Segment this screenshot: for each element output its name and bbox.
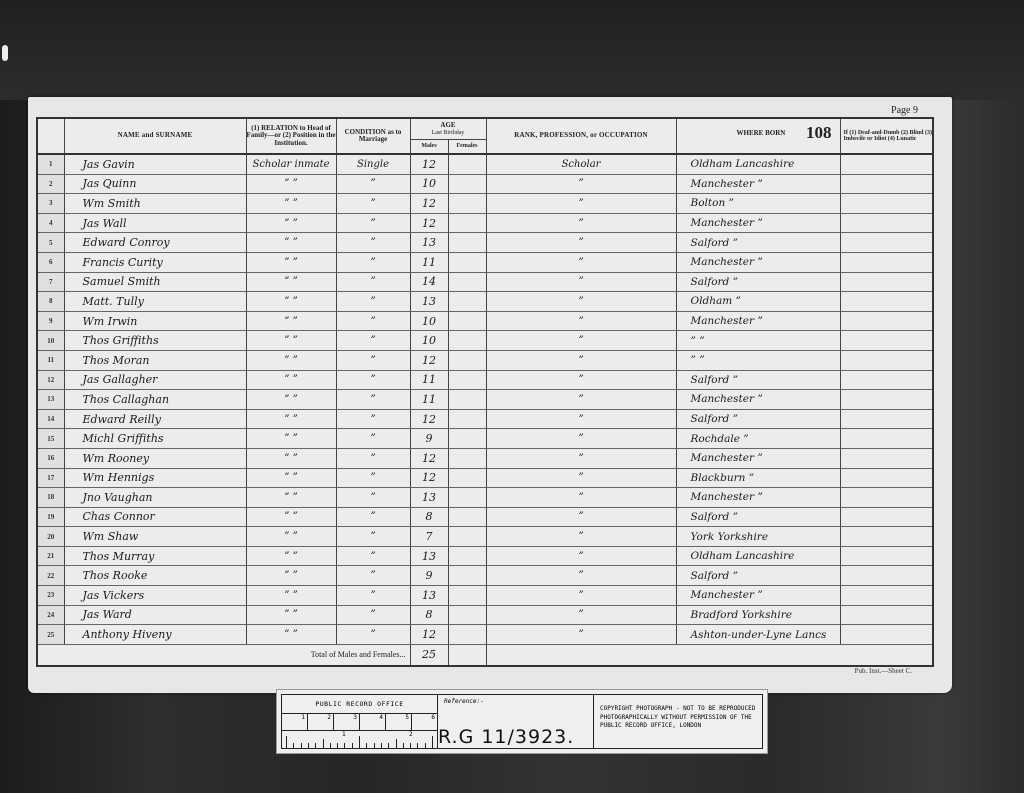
row-number: 13 <box>38 390 64 410</box>
age-male: 12 <box>410 448 448 468</box>
sheet-footer: Pub. Inst.—Sheet C. <box>855 667 912 675</box>
marital-condition: ” <box>336 409 410 429</box>
census-row: 9Wm Irwin” ””10”Manchester ” <box>38 311 932 331</box>
age-male: 11 <box>410 390 448 410</box>
occupation: ” <box>486 546 676 566</box>
age-female <box>448 586 486 606</box>
row-number: 1 <box>38 154 64 174</box>
age-female <box>448 350 486 370</box>
infirmity <box>840 233 932 253</box>
ruler-tick <box>308 743 309 748</box>
census-row: 8Matt. Tully” ””13”Oldham ” <box>38 292 932 312</box>
person-name: Jas Gallagher <box>64 370 246 390</box>
infirmity <box>840 213 932 233</box>
marital-condition: ” <box>336 605 410 625</box>
col-condition-header: CONDITION as to Marriage <box>336 119 410 154</box>
ruler-tick <box>417 743 418 748</box>
scan-background <box>0 0 1024 100</box>
relation: ” ” <box>246 390 336 410</box>
infirmity <box>840 252 932 272</box>
occupation: ” <box>486 605 676 625</box>
age-female <box>448 566 486 586</box>
census-row: 17Wm Hennigs” ””12”Blackburn ” <box>38 468 932 488</box>
marital-condition: ” <box>336 331 410 351</box>
scale-number: 4 <box>360 714 386 730</box>
row-number: 22 <box>38 566 64 586</box>
census-row: 6Francis Curity” ””11”Manchester ” <box>38 252 932 272</box>
age-female <box>448 605 486 625</box>
infirmity <box>840 311 932 331</box>
occupation: ” <box>486 174 676 194</box>
total-females <box>448 644 486 665</box>
row-number: 16 <box>38 448 64 468</box>
age-male: 10 <box>410 331 448 351</box>
row-number: 19 <box>38 507 64 527</box>
row-number: 8 <box>38 292 64 312</box>
marital-condition: ” <box>336 527 410 547</box>
age-female <box>448 311 486 331</box>
ruler-label: 1 <box>342 731 346 738</box>
age-male: 12 <box>410 213 448 233</box>
occupation: ” <box>486 311 676 331</box>
census-row: 11Thos Moran” ””12”” ” <box>38 350 932 370</box>
census-row: 14Edward Reilly” ””12”Salford ” <box>38 409 932 429</box>
row-number: 15 <box>38 429 64 449</box>
row-number: 12 <box>38 370 64 390</box>
relation: ” ” <box>246 546 336 566</box>
relation: ” ” <box>246 488 336 508</box>
age-female <box>448 488 486 508</box>
age-male: 12 <box>410 625 448 645</box>
totals-blank <box>486 644 932 665</box>
age-male: 10 <box>410 174 448 194</box>
age-female <box>448 625 486 645</box>
infirmity <box>840 370 932 390</box>
relation: ” ” <box>246 252 336 272</box>
marital-condition: ” <box>336 350 410 370</box>
row-number: 17 <box>38 468 64 488</box>
ruler-tick <box>344 743 345 748</box>
census-row: 20Wm Shaw” ””7”York Yorkshire <box>38 527 932 547</box>
birthplace: Salford ” <box>676 370 840 390</box>
ruler-tick <box>323 739 324 748</box>
birthplace: ” ” <box>676 350 840 370</box>
age-female <box>448 174 486 194</box>
ruler-label: 2 <box>409 731 413 738</box>
col-where-born-header: WHERE BORN 108 <box>676 119 840 154</box>
person-name: Anthony Hiveny <box>64 625 246 645</box>
col-age-header: AGELast Birthday MalesFemales <box>410 119 486 154</box>
age-male: 12 <box>410 409 448 429</box>
infirmity <box>840 174 932 194</box>
person-name: Chas Connor <box>64 507 246 527</box>
birthplace: Salford ” <box>676 233 840 253</box>
person-name: Jas Gavin <box>64 154 246 174</box>
census-row: 12Jas Gallagher” ””11”Salford ” <box>38 370 932 390</box>
age-male: 9 <box>410 429 448 449</box>
occupation: ” <box>486 252 676 272</box>
row-number: 18 <box>38 488 64 508</box>
age-male: 13 <box>410 233 448 253</box>
marital-condition: ” <box>336 213 410 233</box>
col-name-header: NAME and SURNAME <box>64 119 246 154</box>
females-header: Females <box>449 140 486 153</box>
total-males: 25 <box>410 644 448 665</box>
census-row: 5Edward Conroy” ””13”Salford ” <box>38 233 932 253</box>
birthplace: Manchester ” <box>676 586 840 606</box>
ruler-tick <box>301 743 302 748</box>
row-number: 23 <box>38 586 64 606</box>
census-row: 16Wm Rooney” ””12”Manchester ” <box>38 448 932 468</box>
age-male: 8 <box>410 507 448 527</box>
occupation: ” <box>486 507 676 527</box>
relation: ” ” <box>246 350 336 370</box>
age-male: 10 <box>410 311 448 331</box>
person-name: Wm Rooney <box>64 448 246 468</box>
birthplace: Ashton-under-Lyne Lancs <box>676 625 840 645</box>
census-row: 22Thos Rooke” ””9”Salford ” <box>38 566 932 586</box>
age-male: 14 <box>410 272 448 292</box>
ruler-tick <box>432 736 433 748</box>
infirmity <box>840 350 932 370</box>
age-female <box>448 233 486 253</box>
person-name: Wm Shaw <box>64 527 246 547</box>
census-row: 10Thos Griffiths” ””10”” ” <box>38 331 932 351</box>
birthplace: Manchester ” <box>676 390 840 410</box>
occupation: ” <box>486 468 676 488</box>
relation: ” ” <box>246 566 336 586</box>
scale-number: 5 <box>386 714 412 730</box>
census-row: 23Jas Vickers” ””13”Manchester ” <box>38 586 932 606</box>
col-infirmity-header: If (1) Deaf-and-Dumb (2) Blind (3) Imbec… <box>840 119 932 154</box>
occupation: ” <box>486 213 676 233</box>
occupation: ” <box>486 233 676 253</box>
relation: Scholar inmate <box>246 154 336 174</box>
scale-number: 2 <box>308 714 334 730</box>
age-male: 8 <box>410 605 448 625</box>
infirmity <box>840 605 932 625</box>
relation: ” ” <box>246 625 336 645</box>
infirmity <box>840 292 932 312</box>
census-row: 2Jas Quinn” ””10”Manchester ” <box>38 174 932 194</box>
birthplace: Rochdale ” <box>676 429 840 449</box>
person-name: Wm Smith <box>64 194 246 214</box>
infirmity <box>840 409 932 429</box>
age-male: 13 <box>410 586 448 606</box>
age-female <box>448 370 486 390</box>
person-name: Matt. Tully <box>64 292 246 312</box>
schedule-number: 108 <box>806 124 832 142</box>
birthplace: Salford ” <box>676 507 840 527</box>
person-name: Francis Curity <box>64 252 246 272</box>
scale-number: 1 <box>282 714 308 730</box>
where-born-label: WHERE BORN <box>737 130 786 137</box>
infirmity <box>840 566 932 586</box>
census-row: 13Thos Callaghan” ””11”Manchester ” <box>38 390 932 410</box>
age-female <box>448 194 486 214</box>
ruler-tick <box>330 743 331 748</box>
infirmity <box>840 546 932 566</box>
person-name: Jas Ward <box>64 605 246 625</box>
row-number: 14 <box>38 409 64 429</box>
row-number: 24 <box>38 605 64 625</box>
census-row: 7Samuel Smith” ””14”Salford ” <box>38 272 932 292</box>
reference-label: Reference:- <box>444 698 484 705</box>
census-table: NAME and SURNAME (1) RELATION to Head of… <box>36 117 934 667</box>
census-row: 19Chas Connor” ””8”Salford ” <box>38 507 932 527</box>
marital-condition: Single <box>336 154 410 174</box>
age-male: 7 <box>410 527 448 547</box>
age-female <box>448 507 486 527</box>
occupation: ” <box>486 429 676 449</box>
age-female <box>448 252 486 272</box>
person-name: Jas Wall <box>64 213 246 233</box>
occupation: ” <box>486 350 676 370</box>
person-name: Edward Conroy <box>64 233 246 253</box>
occupation: Scholar <box>486 154 676 174</box>
totals-row: Total of Males and Females...25 <box>38 644 932 665</box>
relation: ” ” <box>246 233 336 253</box>
person-name: Jas Vickers <box>64 586 246 606</box>
birthplace: Bradford Yorkshire <box>676 605 840 625</box>
marital-condition: ” <box>336 566 410 586</box>
relation: ” ” <box>246 448 336 468</box>
record-office-box: PUBLIC RECORD OFFICE 123456 12 <box>282 695 438 748</box>
person-name: Thos Rooke <box>64 566 246 586</box>
marital-condition: ” <box>336 507 410 527</box>
age-female <box>448 154 486 174</box>
person-name: Thos Callaghan <box>64 390 246 410</box>
census-row: 4Jas Wall” ””12”Manchester ” <box>38 213 932 233</box>
row-number: 4 <box>38 213 64 233</box>
row-number: 21 <box>38 546 64 566</box>
census-row: 24Jas Ward” ””8”Bradford Yorkshire <box>38 605 932 625</box>
age-female <box>448 213 486 233</box>
person-name: Michl Griffiths <box>64 429 246 449</box>
relation: ” ” <box>246 468 336 488</box>
age-female <box>448 546 486 566</box>
infirmity <box>840 468 932 488</box>
scale-number: 6 <box>412 714 437 730</box>
age-female <box>448 409 486 429</box>
marital-condition: ” <box>336 390 410 410</box>
age-female <box>448 527 486 547</box>
relation: ” ” <box>246 292 336 312</box>
relation: ” ” <box>246 331 336 351</box>
age-male: 9 <box>410 566 448 586</box>
marital-condition: ” <box>336 468 410 488</box>
ruler-tick <box>293 743 294 748</box>
birthplace: Manchester ” <box>676 213 840 233</box>
col-occupation-header: RANK, PROFESSION, or OCCUPATION <box>486 119 676 154</box>
infirmity <box>840 272 932 292</box>
scale-number: 3 <box>334 714 360 730</box>
occupation: ” <box>486 390 676 410</box>
age-female <box>448 448 486 468</box>
page-number: Page 9 <box>891 105 918 116</box>
marital-condition: ” <box>336 488 410 508</box>
census-row: 21Thos Murray” ””13”Oldham Lancashire <box>38 546 932 566</box>
occupation: ” <box>486 625 676 645</box>
relation: ” ” <box>246 507 336 527</box>
infirmity <box>840 429 932 449</box>
person-name: Wm Irwin <box>64 311 246 331</box>
ruler-tick <box>359 736 360 748</box>
ruler-tick <box>315 743 316 748</box>
row-number: 7 <box>38 272 64 292</box>
relation: ” ” <box>246 605 336 625</box>
relation: ” ” <box>246 272 336 292</box>
row-number: 25 <box>38 625 64 645</box>
marital-condition: ” <box>336 448 410 468</box>
age-female <box>448 390 486 410</box>
ruler-tick <box>410 743 411 748</box>
age-female <box>448 331 486 351</box>
person-name: Thos Moran <box>64 350 246 370</box>
infirmity <box>840 507 932 527</box>
ruler-tick <box>396 739 397 748</box>
marital-condition: ” <box>336 625 410 645</box>
census-row: 18Jno Vaughan” ””13”Manchester ” <box>38 488 932 508</box>
row-number: 3 <box>38 194 64 214</box>
infirmity <box>840 331 932 351</box>
occupation: ” <box>486 370 676 390</box>
row-number: 9 <box>38 311 64 331</box>
person-name: Jas Quinn <box>64 174 246 194</box>
birthplace: Blackburn ” <box>676 468 840 488</box>
age-label: AGE <box>411 122 486 129</box>
reference-card: PUBLIC RECORD OFFICE 123456 12 Reference… <box>276 689 768 754</box>
age-male: 12 <box>410 468 448 488</box>
birthplace: York Yorkshire <box>676 527 840 547</box>
infirmity <box>840 488 932 508</box>
ruler-tick <box>381 743 382 748</box>
ruler-tick <box>352 743 353 748</box>
relation: ” ” <box>246 409 336 429</box>
row-number: 2 <box>38 174 64 194</box>
marital-condition: ” <box>336 311 410 331</box>
relation: ” ” <box>246 586 336 606</box>
infirmity <box>840 527 932 547</box>
occupation: ” <box>486 488 676 508</box>
record-office-title: PUBLIC RECORD OFFICE <box>282 695 437 714</box>
occupation: ” <box>486 292 676 312</box>
ruler-tick <box>374 743 375 748</box>
census-page: Page 9 NAME and SURNAME (1) RELATION to … <box>28 97 952 693</box>
census-row: 15Michl Griffiths” ””9”Rochdale ” <box>38 429 932 449</box>
infirmity <box>840 586 932 606</box>
birthplace: Manchester ” <box>676 311 840 331</box>
birthplace: Bolton ” <box>676 194 840 214</box>
marital-condition: ” <box>336 194 410 214</box>
infirmity <box>840 154 932 174</box>
birthplace: Oldham Lancashire <box>676 546 840 566</box>
row-number: 5 <box>38 233 64 253</box>
ruler-tick <box>337 743 338 748</box>
occupation: ” <box>486 194 676 214</box>
ruler-tick <box>286 736 287 748</box>
scale-numbers: 123456 <box>282 714 437 731</box>
occupation: ” <box>486 331 676 351</box>
age-male: 12 <box>410 350 448 370</box>
row-number: 11 <box>38 350 64 370</box>
reference-box: Reference:- R.G 11/3923. <box>438 695 594 748</box>
ruler-tick <box>425 743 426 748</box>
marital-condition: ” <box>336 174 410 194</box>
relation: ” ” <box>246 429 336 449</box>
occupation: ” <box>486 527 676 547</box>
birthplace: Salford ” <box>676 566 840 586</box>
males-header: Males <box>411 140 449 153</box>
occupation: ” <box>486 586 676 606</box>
infirmity <box>840 448 932 468</box>
relation: ” ” <box>246 213 336 233</box>
marital-condition: ” <box>336 429 410 449</box>
person-name: Jno Vaughan <box>64 488 246 508</box>
reference-value: R.G 11/3923. <box>438 726 574 748</box>
birthplace: Oldham ” <box>676 292 840 312</box>
census-row: 3Wm Smith” ””12”Bolton ” <box>38 194 932 214</box>
infirmity <box>840 390 932 410</box>
totals-label: Total of Males and Females... <box>38 644 410 665</box>
copyright-notice: COPYRIGHT PHOTOGRAPH - NOT TO BE REPRODU… <box>594 695 762 748</box>
birthplace: Manchester ” <box>676 488 840 508</box>
relation: ” ” <box>246 527 336 547</box>
census-row: 1Jas GavinScholar inmateSingle12ScholarO… <box>38 154 932 174</box>
marital-condition: ” <box>336 252 410 272</box>
age-male: 11 <box>410 370 448 390</box>
census-row: 25Anthony Hiveny” ””12”Ashton-under-Lyne… <box>38 625 932 645</box>
marital-condition: ” <box>336 233 410 253</box>
relation: ” ” <box>246 311 336 331</box>
age-female <box>448 468 486 488</box>
occupation: ” <box>486 272 676 292</box>
person-name: Samuel Smith <box>64 272 246 292</box>
age-male: 13 <box>410 488 448 508</box>
age-female <box>448 272 486 292</box>
relation: ” ” <box>246 194 336 214</box>
birthplace: Manchester ” <box>676 252 840 272</box>
age-male: 12 <box>410 194 448 214</box>
person-name: Wm Hennigs <box>64 468 246 488</box>
scale-ruler: 12 <box>282 731 437 748</box>
person-name: Edward Reilly <box>64 409 246 429</box>
col-number-header <box>38 119 64 154</box>
person-name: Thos Murray <box>64 546 246 566</box>
marital-condition: ” <box>336 272 410 292</box>
infirmity <box>840 194 932 214</box>
scan-artifact <box>2 45 8 61</box>
birthplace: Oldham Lancashire <box>676 154 840 174</box>
birthplace: Salford ” <box>676 409 840 429</box>
marital-condition: ” <box>336 586 410 606</box>
birthplace: ” ” <box>676 331 840 351</box>
row-number: 10 <box>38 331 64 351</box>
age-male: 13 <box>410 292 448 312</box>
occupation: ” <box>486 566 676 586</box>
age-female <box>448 429 486 449</box>
relation: ” ” <box>246 370 336 390</box>
marital-condition: ” <box>336 370 410 390</box>
age-male: 12 <box>410 154 448 174</box>
col-relation-header: (1) RELATION to Head of Family—or (2) Po… <box>246 119 336 154</box>
row-number: 6 <box>38 252 64 272</box>
age-sublabel: Last Birthday <box>411 130 486 136</box>
ruler-tick <box>403 743 404 748</box>
occupation: ” <box>486 448 676 468</box>
birthplace: Salford ” <box>676 272 840 292</box>
infirmity <box>840 625 932 645</box>
